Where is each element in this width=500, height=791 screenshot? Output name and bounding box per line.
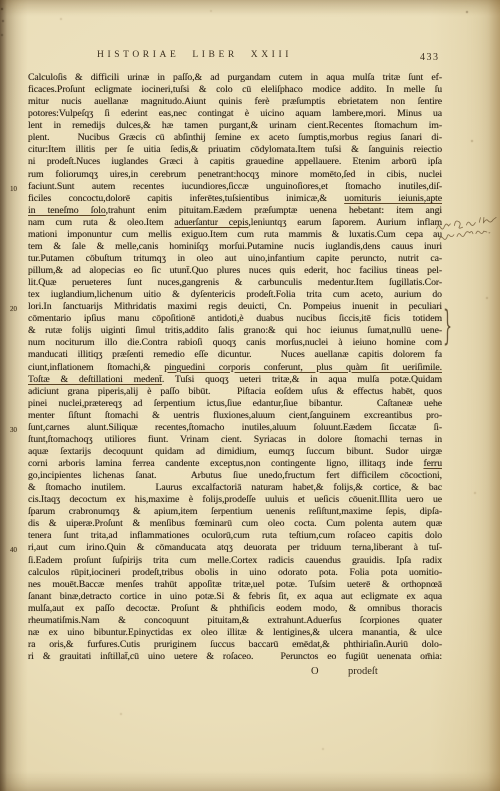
text-line: num nociturum illo die.Contra rabioſi qu… (28, 337, 442, 349)
text-line: næ ex uino bibuntur.Epinyctidas ex oleo … (28, 627, 442, 639)
catchword: prodeſt (348, 666, 378, 677)
text-line: potores:Vulpeſqʒ ſi ederint eas,nec cont… (28, 108, 442, 120)
text-line: tem & ſale & melle,canis hominiſqʒ morſu… (28, 241, 442, 253)
text-line: Calculoſis & difficili urinæ in paſſo,& … (28, 72, 442, 84)
text-line: ficiles concoctu,dolorē capitis inferēte… (28, 193, 442, 205)
text-line: lent in remedijs dulces,& hæ tamen purga… (28, 120, 442, 132)
text-line: manducati illitiqʒ præſenti remedio eſſe… (28, 349, 442, 361)
handwriting-squiggle (434, 216, 499, 249)
text-line: adiciunt grana piperis,alij è paſſo bibū… (28, 386, 442, 398)
text-line: mitur nucis auellanæ magnitudo.Aiunt qui… (28, 96, 442, 108)
text-line: Toſtæ & deſtillationi medent̄. Tuſsi quo… (28, 374, 442, 386)
text-line: citur:Item illitis per ſe uitia ſedis,& … (28, 144, 442, 156)
text-line: menter ſiſtunt ſtomachi & uentris fluxio… (28, 410, 442, 422)
text-line: aquæ ſextarijs decoquunt quidam ad dimid… (28, 446, 442, 458)
text-line: ſunt,carnes alunt.Siliquæ recentes,ſtoma… (28, 422, 442, 434)
text-line: tex iuglandium,lichenum uitio & dyſenter… (28, 289, 442, 301)
margin-brace: } (443, 301, 452, 350)
margin-line-number: 20 (10, 303, 17, 315)
text-line: pinei nuclei,prætereqʒ ad ſerpentium ict… (28, 398, 442, 410)
text-line: rum foliorumqʒ uires,in cerebrum penetra… (28, 169, 442, 181)
text-line: pillum,& ad alopecias eo ſic utunt̄.Quo … (28, 265, 442, 277)
text-line: faciunt.Sunt autem recentes iucundiores,… (28, 181, 442, 193)
text-line: mulſa,aut ex paſſo decoctæ. Proſunt & ph… (28, 603, 442, 615)
text-line: ciunt,inflationem ſtomachi,& pinguedini … (28, 362, 442, 374)
text-line: in teneſmo ſolo,trahunt enim pituitam.Eæ… (28, 205, 442, 217)
text-line: ra oris,& furfures.Cutis pruriginem ſucc… (28, 639, 442, 651)
page-number: 433 (420, 52, 440, 63)
text-line: ni prodeſt.Nuces iuglandes Græci à capit… (28, 156, 442, 168)
margin-line-number: 40 (10, 544, 17, 556)
text-line: nam cum ruta & oleo.Item aduerſantur cep… (28, 217, 442, 229)
text-line: go,incipientes lichenas ſanat. Arbutus ſ… (28, 470, 442, 482)
text-line: rheumatiſmis.Nam & concoquunt pituitam,&… (28, 615, 442, 627)
text-line: lori.In ſanctuarijs Mithridatis maximi r… (28, 301, 442, 313)
text-line: ſparum crabronumqʒ & apium,item ſerpenti… (28, 506, 442, 518)
text-line: ſanant binæ,detracto cortice in uino pot… (28, 591, 442, 603)
text-line: lit.Quæ perueteres ſunt nuces,gangrenis … (28, 277, 442, 289)
text-line: nes mouēt.Baccæ menſes trahūt appoſitæ t… (28, 579, 442, 591)
text-line: ſtunt,ſtomachoqʒ utiliores fiunt. Vrinam… (28, 434, 442, 446)
text-line: calculos rūpit,iocineri prodeſt,tribus o… (28, 567, 442, 579)
text-line: cis.Itaqʒ decoctum ex his,maxime è folij… (28, 494, 442, 506)
margin-line-number: 10 (10, 183, 17, 195)
text-line: ri,aut cum irino.Quin & cōmanducata atqʒ… (28, 542, 442, 554)
text-line: tur.Putamen cōbuſtum tritumqʒ in oleo au… (28, 253, 442, 265)
text-line: ri & grauitati inſtillat̄,cū uino uetere… (28, 651, 442, 663)
text-line: corni arboris lamina ferrea candente exc… (28, 458, 442, 470)
text-line: mationi imponuntur cum mellis exiguo.Ite… (28, 229, 442, 241)
text-line: & rutæ folijs uiginti ſimul tritis,addit… (28, 325, 442, 337)
text-line: ficaces.Proſunt ecligmate iocineri,tuſsi… (28, 84, 442, 96)
handwritten-marginalia (434, 216, 500, 254)
running-head-title: HISTORIAE LIBER XXIII (97, 50, 292, 60)
text-line: tenera ſunt trita,ad inflammationes ocul… (28, 530, 442, 542)
text-line: dis & uiperæ.Proſunt & menſibus fœminarū… (28, 518, 442, 530)
text-line: & ſtomacho inutilem. Laurus excalfactori… (28, 482, 442, 494)
text-line: plent. Nucibus Græcis cū abſinthij ſemin… (28, 132, 442, 144)
text-block: Calculoſis & difficili urinæ in paſſo,& … (28, 72, 442, 663)
book-page: HISTORIAE LIBER XXIII 433 Calculoſis & d… (0, 0, 500, 791)
foxing-specks (0, 0, 2, 2)
text-line: ſi.Eadem proſunt ſuſpirijs trita cum mel… (28, 555, 442, 567)
margin-line-number: 30 (10, 424, 17, 436)
signature-line: O prodeſt (28, 666, 442, 680)
text-line: cōmentario ipſius manu cōpoſitionē antid… (28, 313, 442, 325)
gathering-signature: O (311, 666, 319, 677)
